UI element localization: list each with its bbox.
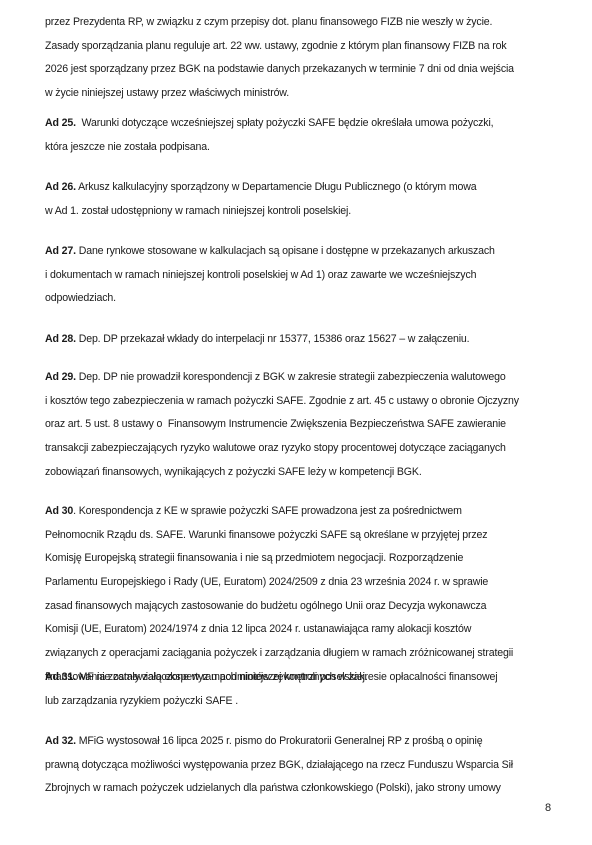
answer-paragraph: Ad 31. MF nie zamawiało ekspertyz u podm… — [45, 666, 555, 713]
line-text: Pełnomocnik Rządu ds. SAFE. Warunki fina… — [45, 529, 487, 541]
text-line: Ad 25. Warunki dotyczące wcześniejszej s… — [45, 112, 555, 136]
line-text: która jeszcze nie została podpisana. — [45, 141, 210, 153]
line-text: MF nie zamawiało ekspertyz u podmiotów z… — [76, 671, 498, 683]
text-line: Ad 29. Dep. DP nie prowadził koresponden… — [45, 366, 555, 390]
answer-label: Ad 30 — [45, 505, 73, 517]
line-text: . Korespondencja z KE w sprawie pożyczki… — [73, 505, 462, 517]
text-line: Zbrojnych w ramach pożyczek udzielanych … — [45, 777, 555, 801]
text-line: Ad 26. Arkusz kalkulacyjny sporządzony w… — [45, 176, 555, 200]
answer-paragraph: Ad 29. Dep. DP nie prowadził koresponden… — [45, 366, 555, 484]
text-line: Ad 30. Korespondencja z KE w sprawie poż… — [45, 500, 555, 524]
line-text: Komisję Europejską strategii finansowani… — [45, 552, 463, 564]
line-text: przez Prezydenta RP, w związku z czym pr… — [45, 16, 492, 28]
text-line: przez Prezydenta RP, w związku z czym pr… — [45, 11, 555, 35]
text-line: Ad 27. Dane rynkowe stosowane w kalkulac… — [45, 240, 555, 264]
document-page: przez Prezydenta RP, w związku z czym pr… — [0, 0, 592, 845]
text-line: oraz art. 5 ust. 8 ustawy o Finansowym I… — [45, 413, 555, 437]
line-text: Dep. DP przekazał wkłady do interpelacji… — [76, 333, 470, 345]
text-line: Parlamentu Europejskiego i Rady (UE, Eur… — [45, 571, 555, 595]
text-line: zobowiązań finansowych, wynikających z p… — [45, 461, 555, 485]
line-text: w życie niniejszej ustawy przez właściwy… — [45, 87, 289, 99]
line-text: Zbrojnych w ramach pożyczek udzielanych … — [45, 782, 501, 794]
line-text: Warunki dotyczące wcześniejszej spłaty p… — [76, 117, 494, 129]
answer-paragraph: Ad 30. Korespondencja z KE w sprawie poż… — [45, 500, 555, 690]
answer-label: Ad 29. — [45, 371, 76, 383]
text-line: lub zarządzania ryzykiem pożyczki SAFE . — [45, 690, 555, 714]
text-line: która jeszcze nie została podpisana. — [45, 136, 555, 160]
answer-label: Ad 28. — [45, 333, 76, 345]
text-line: Ad 28. Dep. DP przekazał wkłady do inter… — [45, 328, 555, 352]
answer-paragraph: Ad 26. Arkusz kalkulacyjny sporządzony w… — [45, 176, 555, 223]
text-line: odpowiedziach. — [45, 287, 555, 311]
text-line: 2026 jest sporządzany przez BGK na podst… — [45, 58, 555, 82]
answer-paragraph: Ad 27. Dane rynkowe stosowane w kalkulac… — [45, 240, 555, 311]
line-text: MFiG wystosował 16 lipca 2025 r. pismo d… — [76, 735, 483, 747]
text-line: Ad 32. MFiG wystosował 16 lipca 2025 r. … — [45, 730, 555, 754]
answer-paragraph: Ad 28. Dep. DP przekazał wkłady do inter… — [45, 328, 555, 352]
text-line: prawną dotycząca możliwości występowania… — [45, 754, 555, 778]
line-text: zasad finansowych mających zastosowanie … — [45, 600, 486, 612]
answer-label: Ad 32. — [45, 735, 76, 747]
line-text: Arkusz kalkulacyjny sporządzony w Depart… — [76, 181, 477, 193]
text-line: i kosztów tego zabezpieczenia w ramach p… — [45, 390, 555, 414]
line-text: i dokumentach w ramach niniejszej kontro… — [45, 269, 476, 281]
line-text: transakcji zabezpieczających ryzyko walu… — [45, 442, 506, 454]
answer-paragraph: Ad 32. MFiG wystosował 16 lipca 2025 r. … — [45, 730, 555, 801]
line-text: i kosztów tego zabezpieczenia w ramach p… — [45, 395, 519, 407]
text-line: transakcji zabezpieczających ryzyko walu… — [45, 437, 555, 461]
line-text: związanych z operacjami zaciągania pożyc… — [45, 647, 513, 659]
line-text: 2026 jest sporządzany przez BGK na podst… — [45, 63, 514, 75]
answer-label: Ad 25. — [45, 117, 76, 129]
line-text: lub zarządzania ryzykiem pożyczki SAFE . — [45, 695, 238, 707]
line-text: Parlamentu Europejskiego i Rady (UE, Eur… — [45, 576, 488, 588]
text-line: Komisję Europejską strategii finansowani… — [45, 547, 555, 571]
answer-label: Ad 27. — [45, 245, 76, 257]
line-text: Komisji (UE, Euratom) 2024/1974 z dnia 1… — [45, 623, 471, 635]
line-text: zobowiązań finansowych, wynikających z p… — [45, 466, 422, 478]
answer-label: Ad 26. — [45, 181, 76, 193]
text-line: w życie niniejszej ustawy przez właściwy… — [45, 82, 555, 106]
answer-label: Ad 31. — [45, 671, 76, 683]
answer-paragraph: Ad 25. Warunki dotyczące wcześniejszej s… — [45, 112, 555, 159]
continuation-paragraph: przez Prezydenta RP, w związku z czym pr… — [45, 11, 555, 106]
text-line: związanych z operacjami zaciągania pożyc… — [45, 642, 555, 666]
text-line: Pełnomocnik Rządu ds. SAFE. Warunki fina… — [45, 524, 555, 548]
text-line: Ad 31. MF nie zamawiało ekspertyz u podm… — [45, 666, 555, 690]
text-line: i dokumentach w ramach niniejszej kontro… — [45, 264, 555, 288]
text-line: w Ad 1. został udostępniony w ramach nin… — [45, 200, 555, 224]
line-text: odpowiedziach. — [45, 292, 116, 304]
page-number: 8 — [545, 802, 551, 814]
line-text: Dane rynkowe stosowane w kalkulacjach są… — [76, 245, 495, 257]
line-text: prawną dotycząca możliwości występowania… — [45, 759, 513, 771]
line-text: oraz art. 5 ust. 8 ustawy o Finansowym I… — [45, 418, 506, 430]
text-line: zasad finansowych mających zastosowanie … — [45, 595, 555, 619]
line-text: Zasady sporządzania planu reguluje art. … — [45, 40, 506, 52]
text-line: Komisji (UE, Euratom) 2024/1974 z dnia 1… — [45, 618, 555, 642]
line-text: w Ad 1. został udostępniony w ramach nin… — [45, 205, 351, 217]
line-text: Dep. DP nie prowadził korespondencji z B… — [76, 371, 506, 383]
text-line: Zasady sporządzania planu reguluje art. … — [45, 35, 555, 59]
